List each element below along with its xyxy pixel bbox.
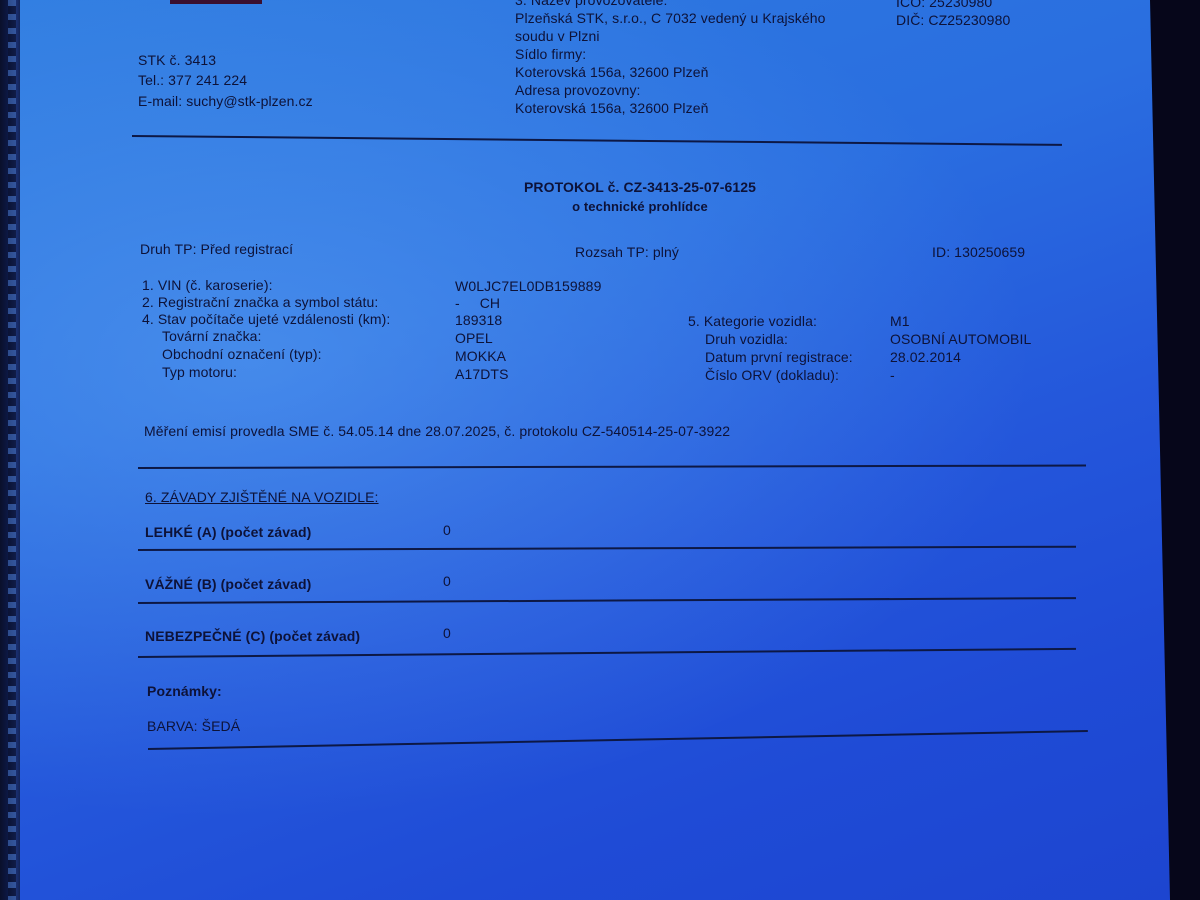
category-label: 5. Kategorie vozidla: xyxy=(688,313,817,330)
model-label: Obchodní označení (typ): xyxy=(162,346,322,363)
vehicle-kind-label: Druh vozidla: xyxy=(705,331,788,348)
station-email: E-mail: suchy@stk-plzen.cz xyxy=(138,93,313,109)
first-registration-value: 28.02.2014 xyxy=(890,349,961,366)
inspection-scope: Rozsah TP: plný xyxy=(575,244,679,261)
station-number: STK č. 3413 xyxy=(138,52,216,68)
notes-divider xyxy=(148,730,1088,750)
defects-dangerous-count: 0 xyxy=(443,625,451,642)
notes-text: BARVA: ŠEDÁ xyxy=(147,718,240,735)
orv-label: Číslo ORV (dokladu): xyxy=(705,367,839,384)
protocol-title: PROTOKOL č. CZ-3413-25-07-6125 xyxy=(420,179,860,195)
notes-label: Poznámky: xyxy=(147,683,222,700)
company-ico: IČO: 25230980 xyxy=(896,0,992,10)
plate-label: 2. Registrační značka a symbol státu: xyxy=(142,294,378,311)
odometer-label: 4. Stav počítače ujeté vzdálenosti (km): xyxy=(142,311,390,328)
operator-name: Plzeňská STK, s.r.o., C 7032 vedený u Kr… xyxy=(515,10,826,26)
inspection-protocol-page: STK č. 3413 Tel.: 377 241 224 E-mail: su… xyxy=(20,0,1170,900)
plate-value: - CH xyxy=(455,295,500,312)
defects-light-label: LEHKÉ (A) (počet závad) xyxy=(145,524,311,541)
station-phone: Tel.: 377 241 224 xyxy=(138,72,247,88)
defects-serious-count: 0 xyxy=(443,573,451,590)
emissions-note: Měření emisí provedla SME č. 54.05.14 dn… xyxy=(144,423,730,440)
defects-dangerous-label: NEBEZPEČNÉ (C) (počet závad) xyxy=(145,628,360,645)
seat-label: Sídlo firmy: xyxy=(515,46,586,62)
category-value: M1 xyxy=(890,313,910,330)
logo-fragment xyxy=(170,0,262,4)
operator-label: 3. Název provozovatele: xyxy=(515,0,668,8)
odometer-value: 189318 xyxy=(455,312,502,329)
operator-court: soudu v Plzni xyxy=(515,28,600,44)
defects-serious-divider xyxy=(138,597,1076,604)
orv-value: - xyxy=(890,367,895,384)
emissions-divider xyxy=(138,465,1086,469)
defects-dangerous-divider xyxy=(138,648,1076,658)
defects-heading: 6. ZÁVADY ZJIŠTĚNÉ NA VOZIDLE: xyxy=(145,489,379,506)
vehicle-kind-value: OSOBNÍ AUTOMOBIL xyxy=(890,331,1031,348)
seat-address: Koterovská 156a, 32600 Plzeň xyxy=(515,64,709,80)
defects-light-divider xyxy=(138,546,1076,551)
facility-label: Adresa provozovny: xyxy=(515,82,641,98)
inspection-type: Druh TP: Před registrací xyxy=(140,241,293,258)
engine-value: A17DTS xyxy=(455,366,509,383)
model-value: MOKKA xyxy=(455,348,506,365)
defects-serious-label: VÁŽNÉ (B) (počet závad) xyxy=(145,576,311,593)
inspection-id: ID: 130250659 xyxy=(932,244,1025,261)
first-registration-label: Datum první registrace: xyxy=(705,349,853,366)
vin-value: W0LJC7EL0DB159889 xyxy=(455,278,601,295)
vin-label: 1. VIN (č. karoserie): xyxy=(142,277,273,294)
header-divider xyxy=(132,135,1062,146)
company-dic: DIČ: CZ25230980 xyxy=(896,12,1010,28)
engine-label: Typ motoru: xyxy=(162,364,237,381)
facility-address: Koterovská 156a, 32600 Plzeň xyxy=(515,100,709,116)
defects-light-count: 0 xyxy=(443,522,451,539)
make-value: OPEL xyxy=(455,330,493,347)
make-label: Tovární značka: xyxy=(162,328,262,345)
protocol-subtitle: o technické prohlídce xyxy=(420,199,860,214)
